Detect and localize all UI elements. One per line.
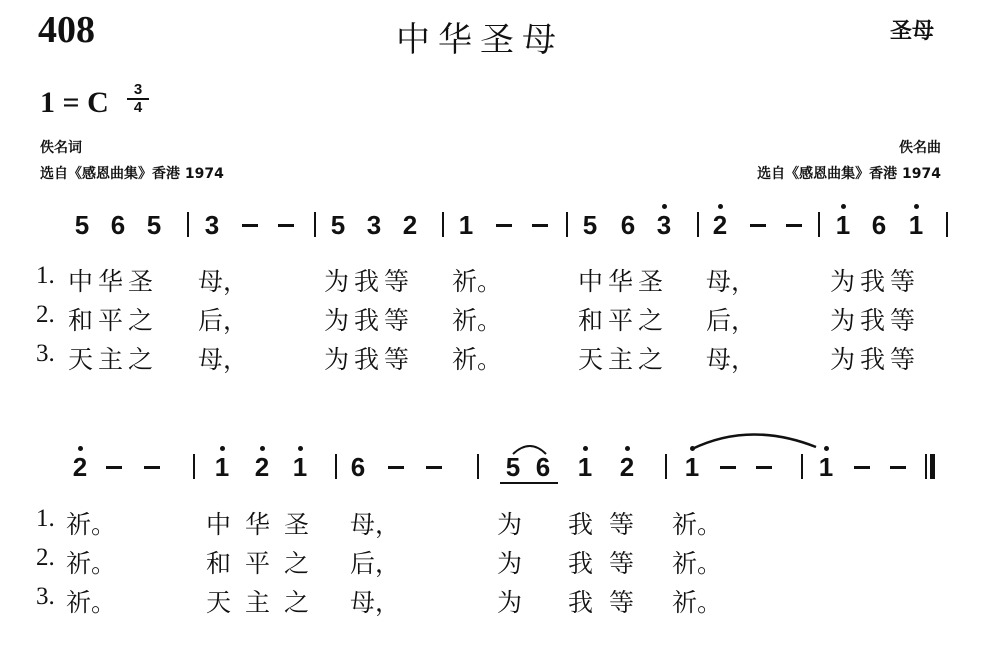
- note-high-octave: 1: [682, 452, 702, 483]
- note-high-octave: 1: [816, 452, 836, 483]
- note: 5: [144, 210, 164, 241]
- note: 1: [456, 210, 476, 241]
- hymn-title: 中华圣母: [396, 12, 564, 61]
- lyric-syllables: 母，: [198, 262, 248, 298]
- sustain-dash: [242, 224, 258, 227]
- lyric-syllables: 为我等: [830, 340, 920, 376]
- note-high-octave: 2: [70, 452, 90, 483]
- barline: [477, 454, 479, 479]
- notation-line-1: 565353215632161: [0, 210, 981, 240]
- note-high-octave: 1: [575, 452, 595, 483]
- sustain-dash: [278, 224, 294, 227]
- barline: [801, 454, 803, 479]
- hymn-category: 圣母: [890, 14, 934, 45]
- note-high-octave: 2: [710, 210, 730, 241]
- note-high-octave: 1: [212, 452, 232, 483]
- note: 3: [202, 210, 222, 241]
- lyric-syllables: 祈。: [66, 505, 116, 541]
- sustain-dash: [144, 466, 160, 469]
- lyric-syllables: 天主之: [578, 340, 668, 376]
- notation-line-2: 21216561211: [0, 452, 981, 482]
- time-signature-denominator: 4: [127, 100, 149, 115]
- note: 5: [72, 210, 92, 241]
- lyric-syllables: 为: [497, 544, 522, 580]
- barline: [442, 212, 444, 237]
- lyricist-credit: 佚名词: [40, 137, 82, 157]
- barline: [665, 454, 667, 479]
- note: 6: [348, 452, 368, 483]
- verse-number: 3.: [36, 583, 55, 611]
- barline: [335, 454, 337, 479]
- lyric-syllables: 和平之: [206, 544, 323, 580]
- lyric-syllables: 祈。: [66, 544, 116, 580]
- note: 6: [869, 210, 889, 241]
- lyric-syllables: 为我等: [324, 301, 414, 337]
- lyric-syllables: 祈。: [672, 505, 722, 541]
- key-signature: 1 = C: [40, 86, 109, 120]
- lyric-syllables: 祈。: [452, 301, 502, 337]
- sustain-dash: [756, 466, 772, 469]
- note-high-octave: 2: [252, 452, 272, 483]
- lyric-syllables: 祈。: [452, 340, 502, 376]
- verse-number: 2.: [36, 544, 55, 572]
- note-high-octave: 3: [654, 210, 674, 241]
- sustain-dash: [750, 224, 766, 227]
- lyric-syllables: 祈。: [672, 544, 722, 580]
- lyric-syllables: 母，: [198, 340, 248, 376]
- note: 6: [618, 210, 638, 241]
- lyric-syllables: 为: [497, 583, 522, 619]
- sustain-dash: [388, 466, 404, 469]
- lyrics-block-1: 1.中华圣母，为我等祈。中华圣母，为我等2.和平之后，为我等祈。和平之后，为我等…: [0, 262, 981, 382]
- note: 5: [328, 210, 348, 241]
- barline: [187, 212, 189, 237]
- lyric-syllables: 天主之: [206, 583, 323, 619]
- note: 6: [108, 210, 128, 241]
- verse-number: 2.: [36, 301, 55, 329]
- lyric-syllables: 和平之: [68, 301, 158, 337]
- verse-number: 1.: [36, 262, 55, 290]
- note: 2: [400, 210, 420, 241]
- lyric-syllables: 我等: [568, 544, 650, 580]
- sustain-dash: [786, 224, 802, 227]
- lyric-syllables: 我等: [568, 583, 650, 619]
- barline: [697, 212, 699, 237]
- sustain-dash: [720, 466, 736, 469]
- lyric-syllables: 后，: [706, 301, 756, 337]
- note: 3: [364, 210, 384, 241]
- lyric-syllables: 祈。: [452, 262, 502, 298]
- lyric-syllables: 和平之: [578, 301, 668, 337]
- lyric-syllables: 中华圣: [206, 505, 323, 541]
- sustain-dash: [532, 224, 548, 227]
- lyrics-source: 选自《感恩曲集》香港 1974: [40, 163, 224, 183]
- note-high-octave: 1: [833, 210, 853, 241]
- barline: [566, 212, 568, 237]
- lyric-syllables: 祈。: [66, 583, 116, 619]
- lyric-syllables: 为我等: [830, 262, 920, 298]
- composer-credit: 佚名曲: [899, 137, 941, 157]
- music-source: 选自《感恩曲集》香港 1974: [757, 163, 941, 183]
- barline: [946, 212, 948, 237]
- note-high-octave: 1: [906, 210, 926, 241]
- barline: [818, 212, 820, 237]
- time-signature: 3 4: [127, 83, 149, 115]
- sustain-dash: [890, 466, 906, 469]
- lyrics-block-2: 1.祈。中华圣母，为我等祈。2.祈。和平之后，为我等祈。3.祈。天主之母，为我等…: [0, 505, 981, 625]
- lyric-syllables: 为我等: [324, 262, 414, 298]
- barline: [314, 212, 316, 237]
- sustain-dash: [106, 466, 122, 469]
- barline: [193, 454, 195, 479]
- lyric-syllables: 为我等: [830, 301, 920, 337]
- lyric-syllables: 后，: [198, 301, 248, 337]
- lyric-syllables: 中华圣: [578, 262, 668, 298]
- verse-number: 3.: [36, 340, 55, 368]
- sustain-dash: [426, 466, 442, 469]
- note-high-octave: 2: [617, 452, 637, 483]
- lyric-syllables: 天主之: [68, 340, 158, 376]
- lyric-syllables: 母，: [350, 583, 400, 619]
- sustain-dash: [496, 224, 512, 227]
- verse-number: 1.: [36, 505, 55, 533]
- lyric-syllables: 祈。: [672, 583, 722, 619]
- tie-arc: [680, 425, 830, 455]
- lyric-syllables: 为: [497, 505, 522, 541]
- note-high-octave: 1: [290, 452, 310, 483]
- lyric-syllables: 中华圣: [68, 262, 158, 298]
- lyric-syllables: 后，: [350, 544, 400, 580]
- sustain-dash: [854, 466, 870, 469]
- note: 5: [580, 210, 600, 241]
- time-signature-numerator: 3: [127, 83, 149, 100]
- lyric-syllables: 我等: [568, 505, 650, 541]
- lyric-syllables: 为我等: [324, 340, 414, 376]
- lyric-syllables: 母，: [350, 505, 400, 541]
- lyric-syllables: 母，: [706, 262, 756, 298]
- note: 5: [503, 452, 523, 483]
- note: 6: [533, 452, 553, 483]
- hymn-number: 408: [38, 8, 95, 52]
- lyric-syllables: 母，: [706, 340, 756, 376]
